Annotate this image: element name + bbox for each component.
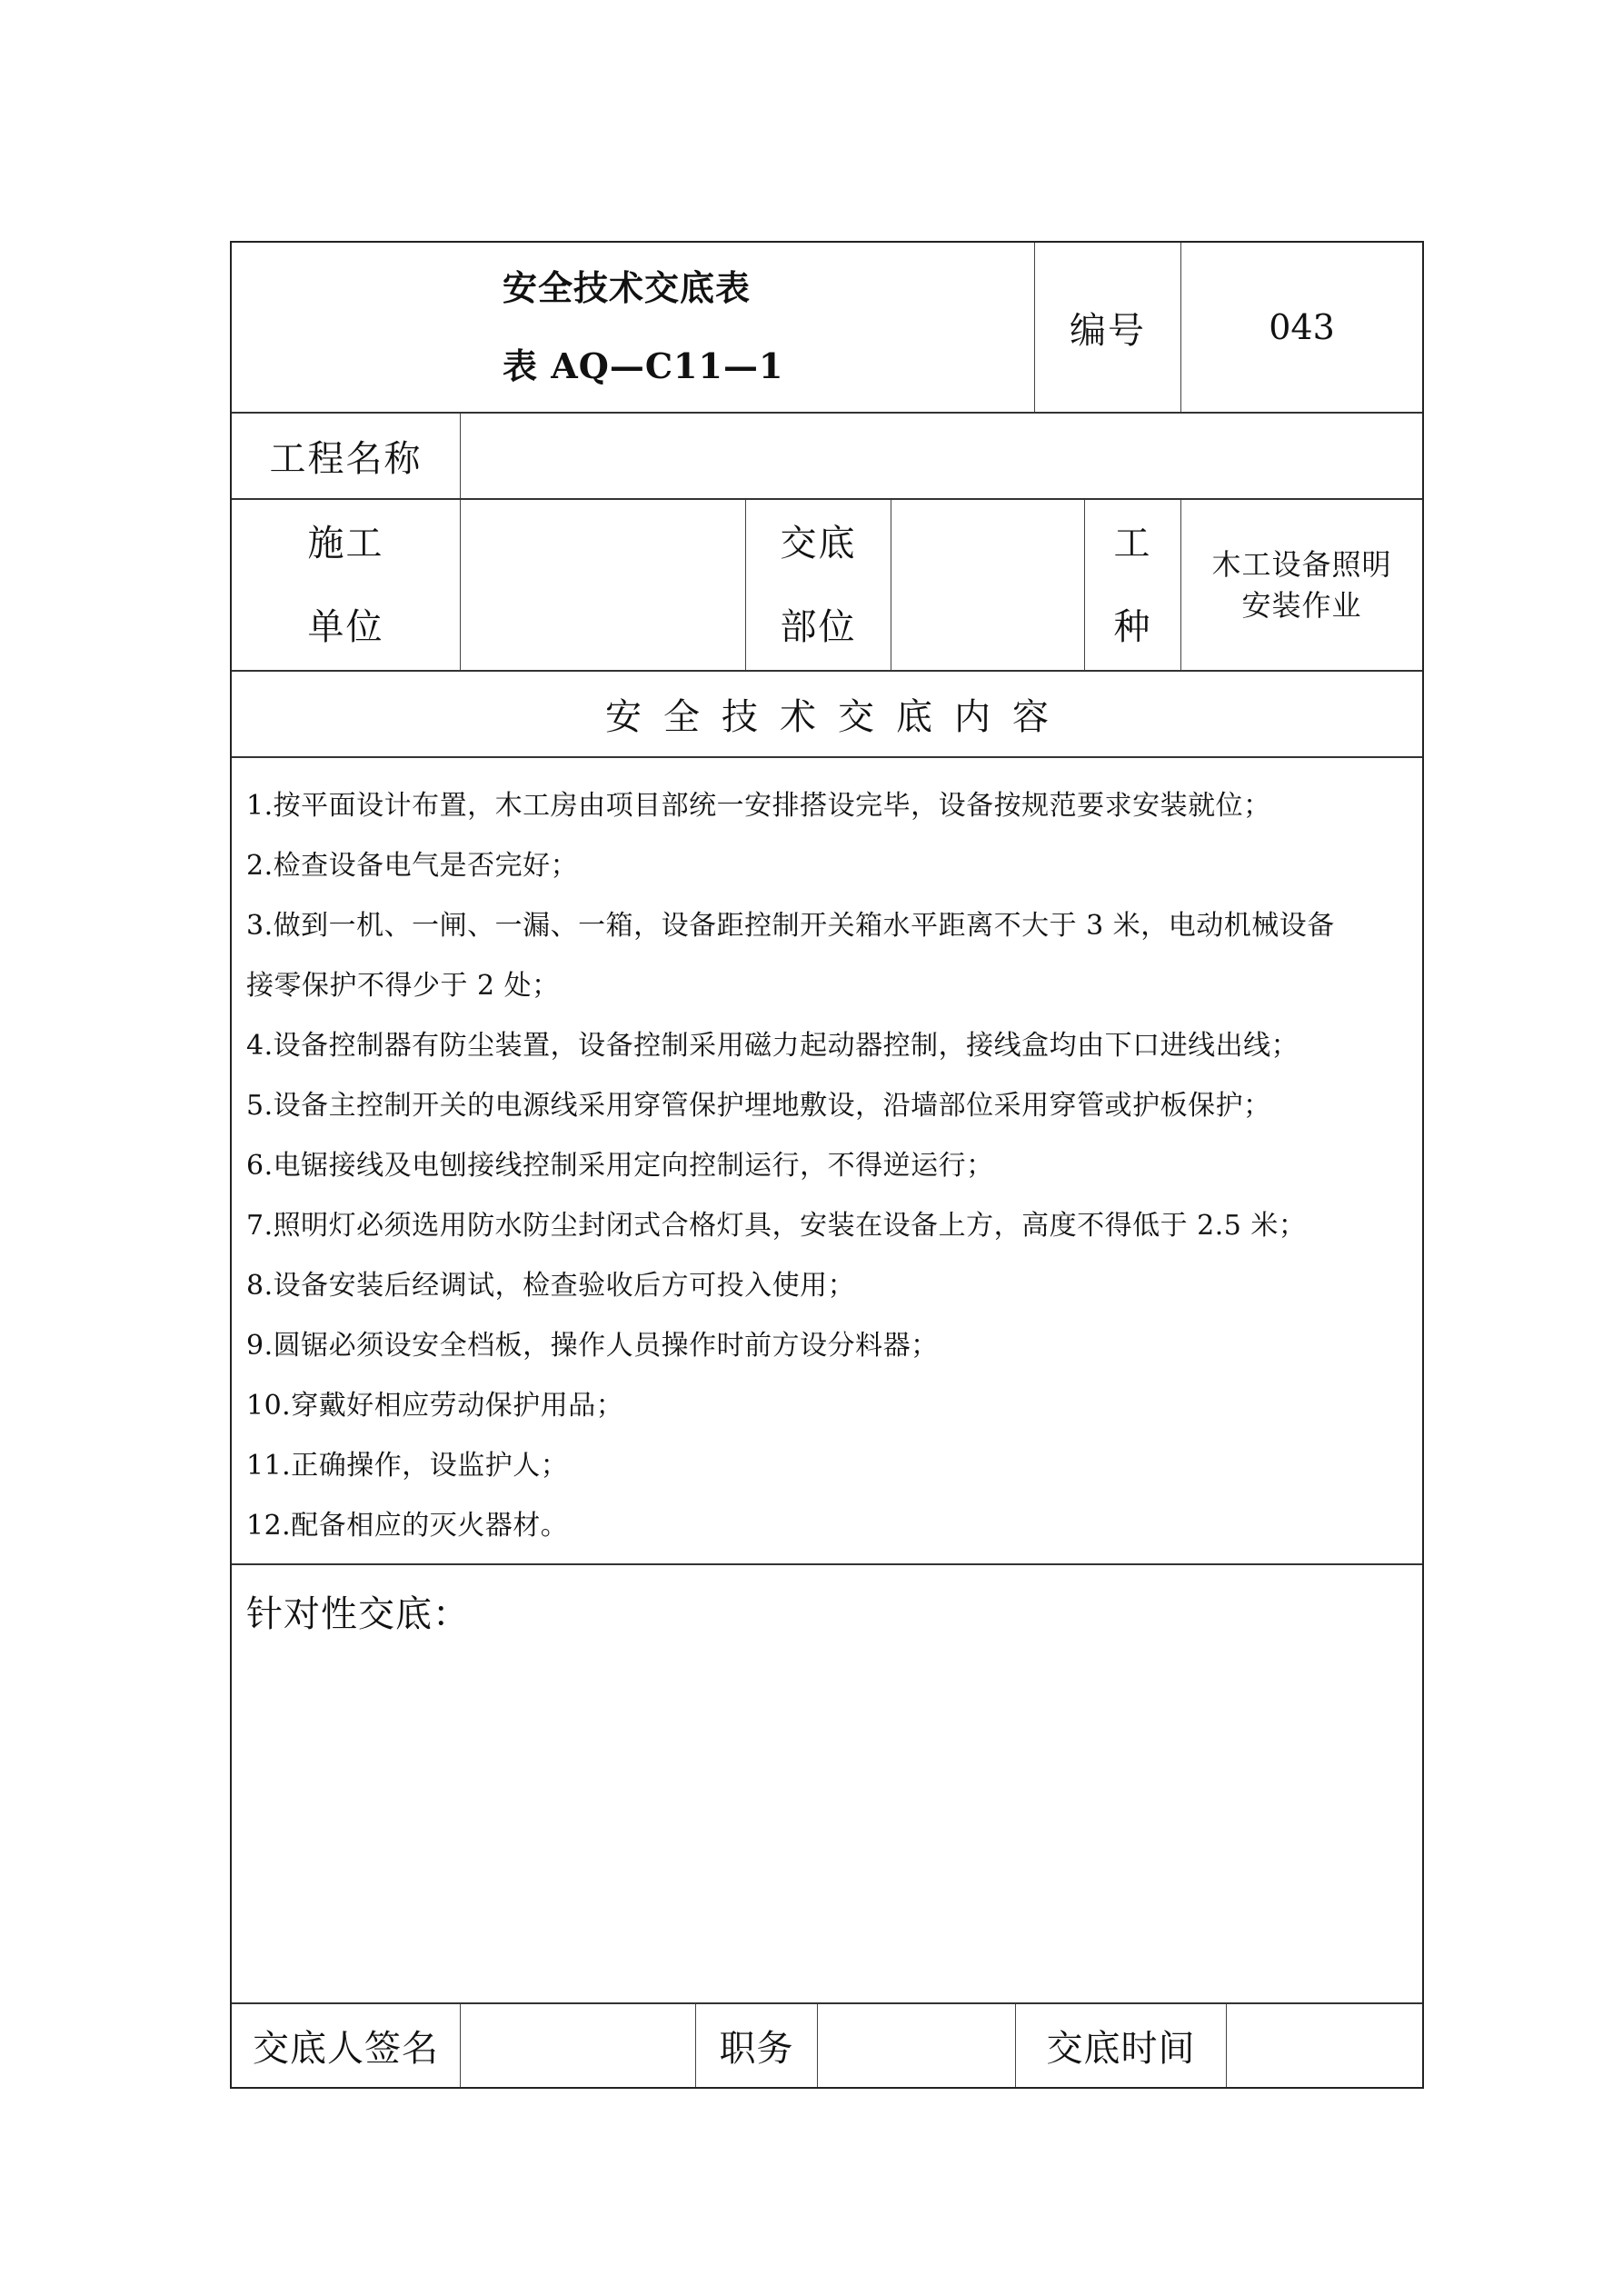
list-item: 11.正确操作，设监护人； (246, 1436, 1413, 1496)
list-item: 12.配备相应的灭火器材。 (246, 1496, 1413, 1556)
list-item: 10.穿戴好相应劳动保护用品； (246, 1376, 1413, 1436)
project-name-label: 工程名称 (270, 430, 423, 482)
number-value[interactable]: 043 (1269, 307, 1335, 347)
number-label: 编号 (1070, 302, 1146, 354)
targeted-briefing-field[interactable]: 针对性交底： (232, 1565, 1422, 2004)
signer-label: 交底人签名 (253, 2020, 439, 2071)
position-label: 职务 (720, 2020, 794, 2071)
content-header-cell: 安全技术交底内容 (232, 672, 1422, 756)
targeted-briefing-label: 针对性交底： (246, 1585, 470, 1637)
list-item: 2.检查设备电气是否完好； (246, 836, 1413, 896)
list-item: 6.电锯接线及电刨接线控制采用定向控制运行，不得逆运行； (246, 1136, 1413, 1196)
content-header-row: 安全技术交底内容 (232, 672, 1422, 758)
signature-row: 交底人签名 职务 交底时间 (232, 2004, 1422, 2087)
number-label-cell: 编号 (1035, 243, 1181, 412)
time-field[interactable] (1227, 2004, 1422, 2087)
title-row: 安全技术交底表 表 AQ—C11—1 编号 043 (232, 243, 1422, 414)
project-name-field[interactable] (461, 414, 1422, 498)
trade-label-line2: 种 (1114, 609, 1152, 645)
list-item: 9.圆锯必须设安全档板，操作人员操作时前方设分料器； (246, 1316, 1413, 1376)
project-name-label-cell: 工程名称 (232, 414, 461, 498)
position-field[interactable] (818, 2004, 1016, 2087)
content-list: 1.按平面设计布置，木工房由项目部统一安排搭设完毕，设备按规范要求安装就位； 2… (246, 776, 1413, 1556)
briefing-location-field[interactable] (891, 500, 1085, 670)
briefing-location-label-line1: 交底 (781, 525, 857, 562)
content-body-row: 1.按平面设计布置，木工房由项目部统一安排搭设完毕，设备按规范要求安装就位； 2… (232, 758, 1422, 1565)
content-header: 安全技术交底内容 (583, 688, 1070, 740)
list-item: 8.设备安装后经调试，检查验收后方可投入使用； (246, 1256, 1413, 1316)
number-value-cell: 043 (1181, 243, 1422, 412)
form-title: 安全技术交底表 (503, 271, 751, 305)
trade-label-cell: 工 种 (1085, 500, 1181, 670)
form-code: 表 AQ—C11—1 (503, 349, 783, 384)
briefing-location-label-cell: 交底 部位 (746, 500, 891, 670)
list-item: 7.照明灯必须选用防水防尘封闭式合格灯具，安装在设备上方，高度不得低于 2.5 … (246, 1196, 1413, 1256)
info-row: 施工 单位 交底 部位 工 种 木工设备照明 安装作业 (232, 500, 1422, 672)
trade-value-cell[interactable]: 木工设备照明 安装作业 (1181, 500, 1422, 670)
trade-value-line1: 木工设备照明 (1211, 544, 1391, 585)
list-item: 接零保护不得少于 2 处； (246, 956, 1413, 1016)
time-label: 交底时间 (1047, 2020, 1196, 2071)
construction-unit-label-line2: 单位 (308, 609, 384, 645)
construction-unit-label-line1: 施工 (308, 525, 384, 562)
title-cell: 安全技术交底表 表 AQ—C11—1 (232, 243, 1035, 412)
trade-value-line2: 安装作业 (1241, 585, 1361, 626)
trade-label-line1: 工 (1114, 525, 1152, 562)
list-item: 3.做到一机、一闸、一漏、一箱，设备距控制开关箱水平距离不大于 3 米，电动机械… (246, 896, 1413, 956)
construction-unit-field[interactable] (461, 500, 746, 670)
position-label-cell: 职务 (696, 2004, 818, 2087)
signer-label-cell: 交底人签名 (232, 2004, 461, 2087)
time-label-cell: 交底时间 (1016, 2004, 1227, 2087)
list-item: 1.按平面设计布置，木工房由项目部统一安排搭设完毕，设备按规范要求安装就位； (246, 776, 1413, 836)
list-item: 5.设备主控制开关的电源线采用穿管保护埋地敷设，沿墙部位采用穿管或护板保护； (246, 1076, 1413, 1136)
construction-unit-label-cell: 施工 单位 (232, 500, 461, 670)
project-name-row: 工程名称 (232, 414, 1422, 500)
briefing-location-label-line2: 部位 (781, 609, 857, 645)
signer-field[interactable] (461, 2004, 696, 2087)
safety-technical-briefing-form: 安全技术交底表 表 AQ—C11—1 编号 043 工程名称 施工 单位 交底 … (230, 241, 1424, 2089)
list-item: 4.设备控制器有防尘装置，设备控制采用磁力起动器控制，接线盒均由下口进线出线； (246, 1016, 1413, 1076)
